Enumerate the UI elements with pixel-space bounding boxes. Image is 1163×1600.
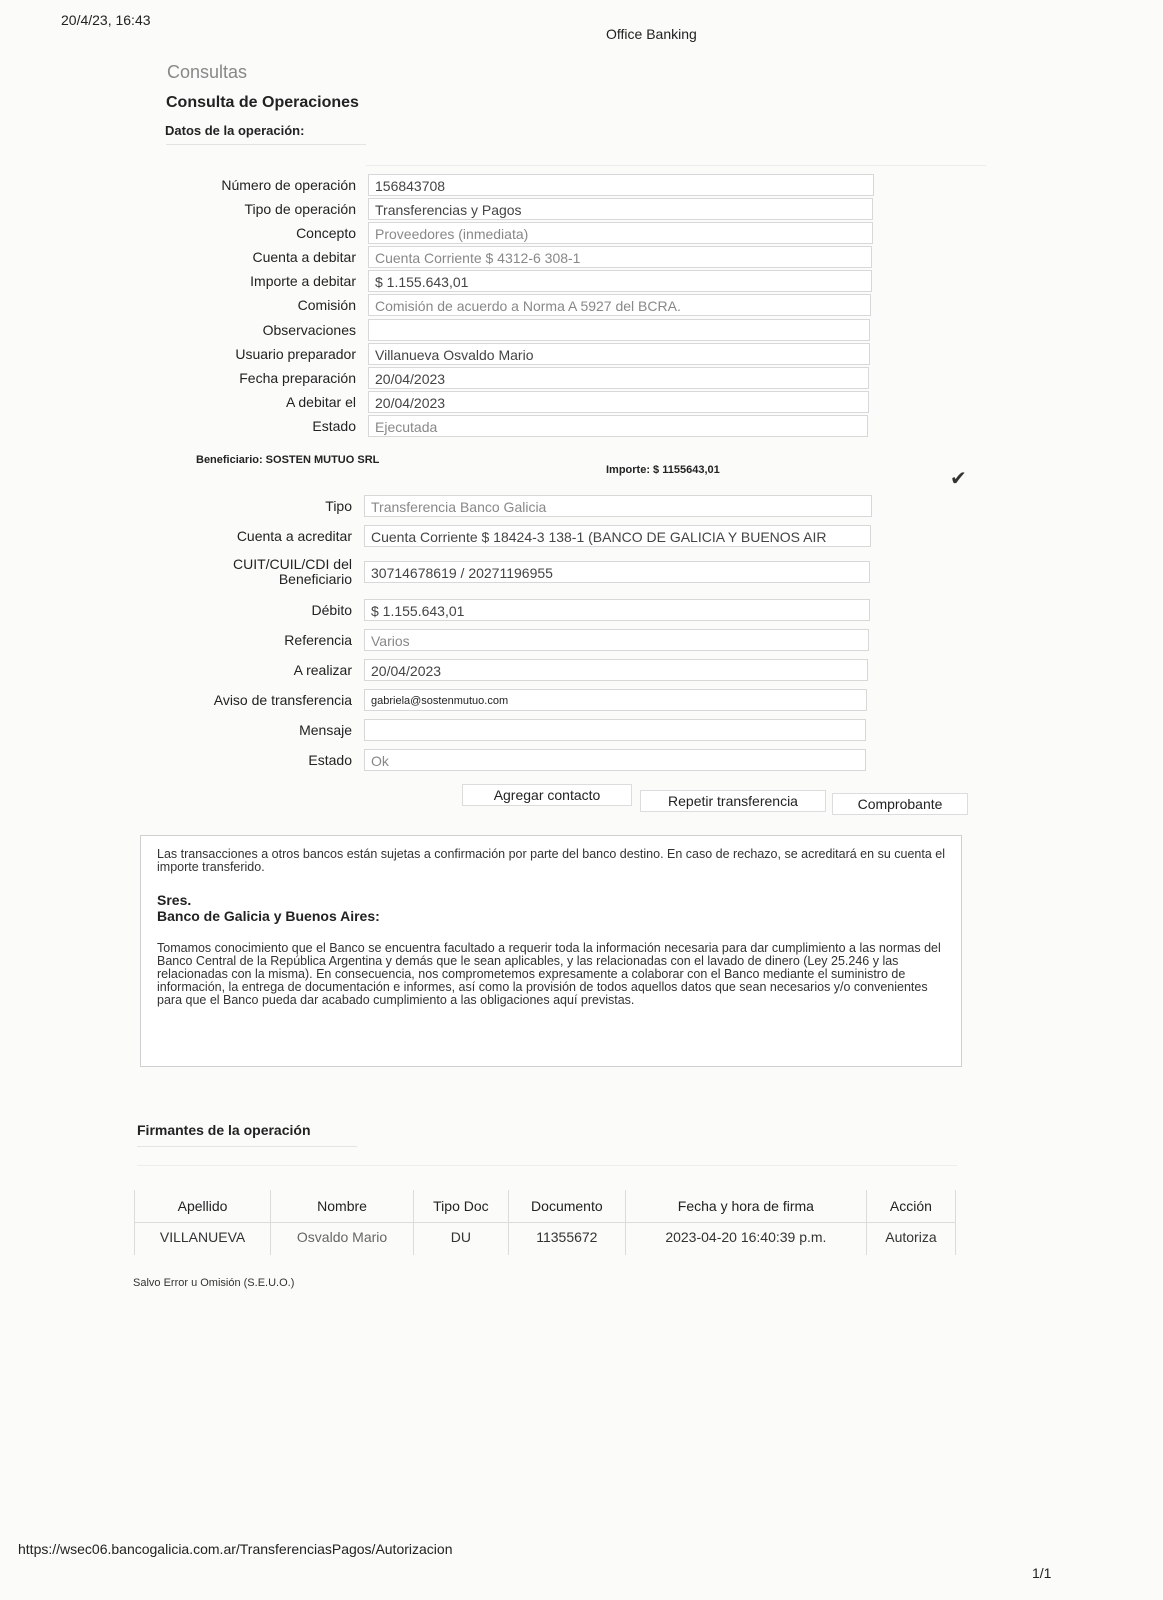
field-label: Cuenta a acreditar	[174, 528, 364, 544]
field-value: Proveedores (inmediata)	[368, 222, 873, 244]
operation-row: Cuenta a debitarCuenta Corriente $ 4312-…	[178, 245, 872, 268]
transfer-row: TipoTransferencia Banco Galicia	[174, 494, 872, 517]
field-label: Número de operación	[178, 177, 368, 193]
field-label: Aviso de transferencia	[174, 692, 364, 708]
column-header: Fecha y hora de firma	[625, 1190, 866, 1223]
notice-intro: Las transacciones a otros bancos están s…	[157, 848, 945, 874]
field-value: 20/04/2023	[368, 391, 869, 413]
field-label-line-2: Beneficiario	[279, 572, 352, 587]
field-value	[368, 319, 870, 341]
field-label: Estado	[174, 752, 364, 768]
column-header: Nombre	[271, 1190, 414, 1223]
section-category: Consultas	[167, 62, 247, 83]
operation-row: Fecha preparación20/04/2023	[178, 366, 869, 389]
field-label: Comisión	[178, 297, 368, 313]
field-value: 20/04/2023	[368, 367, 869, 389]
operation-row: Importe a debitar$ 1.155.643,01	[178, 269, 872, 292]
table-cell: Osvaldo Mario	[271, 1223, 414, 1256]
field-label-line-1: CUIT/CUIL/CDI del	[233, 557, 352, 572]
field-label: Estado	[178, 418, 368, 434]
section-title: Consulta de Operaciones	[166, 94, 359, 112]
field-label: CUIT/CUIL/CDI delBeneficiario	[174, 556, 364, 588]
table-cell: Autoriza	[866, 1223, 955, 1256]
field-label: Tipo de operación	[178, 201, 368, 217]
divider	[366, 165, 986, 166]
column-header: Acción	[866, 1190, 955, 1223]
field-value: Varios	[364, 629, 869, 651]
signers-table: ApellidoNombreTipo DocDocumentoFecha y h…	[134, 1190, 956, 1255]
operation-row: Usuario preparadorVillanueva Osvaldo Mar…	[178, 342, 870, 365]
table-cell: VILLANUEVA	[135, 1223, 271, 1256]
transfer-row: Débito$ 1.155.643,01	[174, 598, 870, 621]
operation-row: EstadoEjecutada	[178, 414, 868, 437]
field-value: Cuenta Corriente $ 18424-3 138-1 (BANCO …	[364, 525, 871, 547]
field-label: Usuario preparador	[178, 346, 368, 362]
field-value: 30714678619 / 20271196955	[364, 561, 870, 583]
disclaimer: Salvo Error u Omisión (S.E.U.O.)	[133, 1277, 294, 1289]
field-label: Tipo	[174, 498, 364, 514]
column-header: Tipo Doc	[414, 1190, 509, 1223]
field-value: Ok	[364, 749, 866, 771]
repeat-transfer-button[interactable]: Repetir transferencia	[640, 790, 826, 812]
operation-row: Tipo de operaciónTransferencias y Pagos	[178, 197, 873, 220]
transfer-row: EstadoOk	[174, 748, 866, 771]
field-value: $ 1.155.643,01	[368, 270, 872, 292]
page-number: 1/1	[1032, 1565, 1051, 1581]
field-value: Ejecutada	[368, 415, 868, 437]
table-cell: 2023-04-20 16:40:39 p.m.	[625, 1223, 866, 1256]
operation-row: ComisiónComisión de acuerdo a Norma A 59…	[178, 293, 871, 316]
field-value: Cuenta Corriente $ 4312-6 308-1	[368, 246, 872, 268]
field-label: Referencia	[174, 632, 364, 648]
footer-url: https://wsec06.bancogalicia.com.ar/Trans…	[18, 1541, 452, 1557]
salutation-line-1: Sres.	[157, 892, 191, 908]
operation-row: ConceptoProveedores (inmediata)	[178, 221, 873, 244]
field-value: 156843708	[368, 174, 874, 196]
page-title: Office Banking	[606, 26, 697, 42]
beneficiary-amount: Importe: $ 1155643,01	[606, 464, 720, 476]
operation-row: Observaciones	[178, 318, 870, 341]
field-value	[364, 719, 866, 741]
field-label: A debitar el	[178, 394, 368, 410]
field-label: Importe a debitar	[178, 273, 368, 289]
field-value: gabriela@sostenmutuo.com	[364, 689, 867, 711]
field-value: Transferencias y Pagos	[368, 198, 873, 220]
divider	[137, 1165, 957, 1166]
signers-title: Firmantes de la operación	[137, 1122, 311, 1138]
field-label: Cuenta a debitar	[178, 249, 368, 265]
field-value: Comisión de acuerdo a Norma A 5927 del B…	[368, 294, 871, 316]
field-label: Débito	[174, 602, 364, 618]
transfer-row: CUIT/CUIL/CDI delBeneficiario30714678619…	[174, 560, 870, 583]
salutation-line-2: Banco de Galicia y Buenos Aires:	[157, 908, 380, 924]
divider	[137, 1146, 357, 1147]
table-cell: DU	[414, 1223, 509, 1256]
operation-row: Número de operación156843708	[178, 173, 874, 196]
notice-body: Tomamos conocimiento que el Banco se enc…	[157, 942, 945, 1007]
notice-box: Las transacciones a otros bancos están s…	[140, 835, 962, 1067]
operation-row: A debitar el20/04/2023	[178, 390, 869, 413]
field-label: Observaciones	[178, 322, 368, 338]
section-subtitle: Datos de la operación:	[165, 123, 304, 138]
column-header: Documento	[508, 1190, 625, 1223]
transfer-row: A realizar20/04/2023	[174, 658, 868, 681]
field-value: 20/04/2023	[364, 659, 868, 681]
receipt-button[interactable]: Comprobante	[832, 793, 968, 815]
beneficiary-label: Beneficiario: SOSTEN MUTUO SRL	[196, 454, 379, 466]
add-contact-button[interactable]: Agregar contacto	[462, 784, 632, 806]
field-label: Fecha preparación	[178, 370, 368, 386]
field-value: $ 1.155.643,01	[364, 599, 870, 621]
transfer-row: ReferenciaVarios	[174, 628, 869, 651]
divider	[166, 144, 366, 145]
transfer-row: Mensaje	[174, 718, 866, 741]
signers-header-row: ApellidoNombreTipo DocDocumentoFecha y h…	[135, 1190, 956, 1223]
print-datetime: 20/4/23, 16:43	[61, 12, 151, 28]
table-row: VILLANUEVAOsvaldo MarioDU113556722023-04…	[135, 1223, 956, 1256]
field-label: Concepto	[178, 225, 368, 241]
transfer-row: Aviso de transferenciagabriela@sostenmut…	[174, 688, 867, 711]
transfer-row: Cuenta a acreditarCuenta Corriente $ 184…	[174, 524, 871, 547]
field-value: Villanueva Osvaldo Mario	[368, 343, 870, 365]
table-cell: 11355672	[508, 1223, 625, 1256]
field-value: Transferencia Banco Galicia	[364, 495, 872, 517]
field-label: A realizar	[174, 662, 364, 678]
column-header: Apellido	[135, 1190, 271, 1223]
field-label: Mensaje	[174, 722, 364, 738]
notice-salutation: Sres. Banco de Galicia y Buenos Aires:	[157, 892, 945, 924]
check-icon: ✔	[950, 466, 967, 491]
